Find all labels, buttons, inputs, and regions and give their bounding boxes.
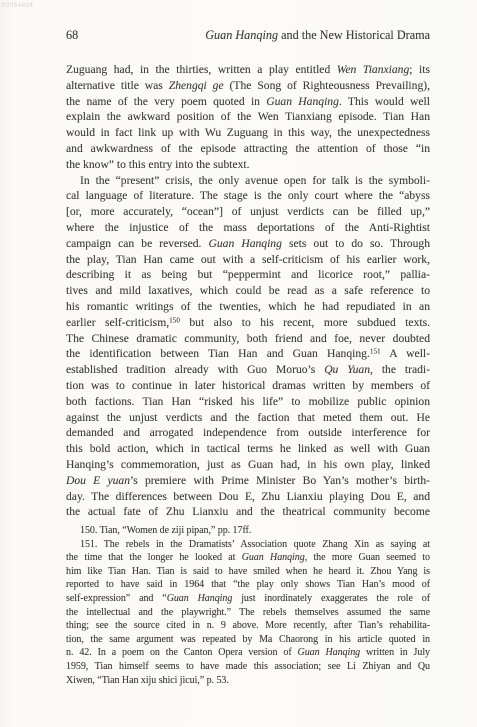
- text-line: earlier self-criticism,150 but also to h…: [66, 315, 430, 331]
- text-segment: him like Tian Han. Tian is said to have …: [66, 566, 430, 577]
- text-segment: against the unjust verdicts and the fact…: [66, 411, 430, 424]
- text-segment: 150. Tian, “Women de ziji pipan,” pp. 17…: [80, 525, 251, 536]
- text-line: 1959, Tian himself seems to have made th…: [66, 660, 430, 674]
- text-column: Zuguang had, in the thirties, written a …: [66, 62, 430, 687]
- text-line: In the “present” crisis, the only avenue…: [66, 173, 430, 189]
- running-title: Guan Hanqing and the New Historical Dram…: [205, 28, 430, 43]
- text-segment: . This would well: [339, 95, 430, 108]
- text-segment: alternative title was: [66, 79, 169, 92]
- text-line: campaign can be reversed. Guan Hanqing s…: [66, 236, 430, 252]
- text-segment: and awkwardness of the episode attractin…: [66, 142, 430, 155]
- text-line: self-expression” and “Guan Hanqing just …: [66, 592, 430, 606]
- text-segment: the name of the very poem quoted in: [66, 95, 266, 108]
- page-number: 68: [66, 28, 78, 43]
- text-segment: ; its: [409, 63, 430, 76]
- text-segment: , the more Guan seemed to: [305, 552, 430, 563]
- text-segment: Guan Hanqing: [167, 593, 233, 604]
- text-segment: the time that the longer he looked at: [66, 552, 242, 563]
- text-line: established tradition already with Guo M…: [66, 362, 430, 378]
- text-segment: Hanqing’s commemoration, just as Guan ha…: [66, 458, 430, 471]
- text-line: describing it as being but “peppermint a…: [66, 267, 430, 283]
- text-line: Hanqing’s commemoration, just as Guan ha…: [66, 457, 430, 473]
- text-segment: self-expression” and “: [66, 593, 167, 604]
- text-line: him like Tian Han. Tian is said to have …: [66, 565, 430, 579]
- text-segment: the know” to this entry into the subtext…: [66, 158, 250, 171]
- text-line: day. The differences between Dou E, Zhu …: [66, 489, 430, 505]
- text-line: 151. The rebels in the Dramatists’ Assoc…: [66, 538, 430, 552]
- text-line: this bold action, which in tactical term…: [66, 441, 430, 457]
- text-segment: tion, the same argument was repeated by …: [66, 634, 430, 645]
- text-segment: the play, Tian Han came out with a self-…: [66, 253, 430, 266]
- text-segment: ’s premiere with Prime Minister Bo Yan’s…: [130, 474, 430, 487]
- text-segment: 151. The rebels in the Dramatists’ Assoc…: [80, 539, 430, 550]
- text-segment: day. The differences between Dou E, Zhu …: [66, 490, 430, 503]
- text-line: would in fact link up with Wu Zuguang in…: [66, 125, 430, 141]
- text-line: the play, Tian Han came out with a self-…: [66, 252, 430, 268]
- text-line: The Chinese dramatic community, both fri…: [66, 331, 430, 347]
- text-segment: earlier self-criticism,: [66, 316, 169, 329]
- text-line: the identification between Tian Han and …: [66, 346, 430, 362]
- text-line: [or, more accurately, “ocean”] of unjust…: [66, 204, 430, 220]
- text-line: the actual fate of Zhu Lianxiu and the t…: [66, 504, 430, 520]
- running-header: 68 Guan Hanqing and the New Historical D…: [66, 28, 430, 43]
- footnotes: 150. Tian, “Women de ziji pipan,” pp. 17…: [66, 524, 430, 687]
- text-segment: both factions. Tian Han “risked his life…: [66, 395, 430, 408]
- text-segment: would in fact link up with Wu Zuguang in…: [66, 126, 430, 139]
- text-segment: The Chinese dramatic community, both fri…: [66, 332, 430, 345]
- text-line: reported to have said in 1964 that “the …: [66, 578, 430, 592]
- text-line: 150. Tian, “Women de ziji pipan,” pp. 17…: [66, 524, 430, 538]
- text-segment: A well-: [381, 347, 430, 360]
- text-segment: demanded and arrogated independence from…: [66, 426, 430, 439]
- text-line: against the unjust verdicts and the fact…: [66, 410, 430, 426]
- text-segment: but also to his recent, more subdued tex…: [180, 316, 430, 329]
- text-segment: campaign can be reversed.: [66, 237, 209, 250]
- text-segment: Guan Hanqing: [266, 95, 339, 108]
- text-segment: the intellectual and the playwright.” Th…: [66, 607, 430, 618]
- text-line: the intellectual and the playwright.” Th…: [66, 606, 430, 620]
- text-line: cal language of literature. The stage is…: [66, 188, 430, 204]
- text-line: tion, the same argument was repeated by …: [66, 633, 430, 647]
- text-segment: thing; see the source cited in n. 9 abov…: [66, 620, 430, 631]
- text-segment: where the injustice of the mass deportat…: [66, 221, 430, 234]
- text-segment: Zuguang had, in the thirties, written a …: [66, 63, 337, 76]
- text-segment: describing it as being but “peppermint a…: [66, 268, 430, 281]
- text-line: Dou E yuan’s premiere with Prime Ministe…: [66, 473, 430, 489]
- text-segment: explain the awkward position of the Wen …: [66, 110, 430, 123]
- text-segment: reported to have said in 1964 that “the …: [66, 579, 430, 590]
- text-segment: cal language of literature. The stage is…: [66, 189, 430, 202]
- text-line: demanded and arrogated independence from…: [66, 425, 430, 441]
- running-title-italic: Guan Hanqing: [205, 28, 278, 42]
- text-line: thing; see the source cited in n. 9 abov…: [66, 619, 430, 633]
- text-segment: (The Song of Righteousness Prevailing),: [224, 79, 430, 92]
- text-line: tives and mild laxatives, which could be…: [66, 283, 430, 299]
- text-segment: written in July: [360, 647, 430, 658]
- text-segment: the identification between Tian Han and …: [66, 347, 370, 360]
- text-segment: just inordinately exaggerates the role o…: [232, 593, 430, 604]
- text-segment: In the “present” crisis, the only avenue…: [80, 174, 430, 187]
- text-line: the time that the longer he looked at Gu…: [66, 551, 430, 565]
- text-segment: Guan Hanqing: [209, 237, 282, 250]
- text-segment: Guan Hanqing: [298, 647, 361, 658]
- footnote-reference: 151: [370, 348, 381, 356]
- text-segment: the actual fate of Zhu Lianxiu and the t…: [66, 505, 430, 518]
- text-segment: Xiwen, “Tian Han xiju shici jicui,” p. 5…: [66, 675, 229, 686]
- text-line: where the injustice of the mass deportat…: [66, 220, 430, 236]
- footnote-reference: 150: [169, 316, 180, 324]
- text-segment: , the tradi-: [370, 363, 430, 376]
- text-segment: sets out to do so. Through: [282, 237, 430, 250]
- text-line: Zuguang had, in the thirties, written a …: [66, 62, 430, 78]
- text-line: explain the awkward position of the Wen …: [66, 109, 430, 125]
- text-line: Xiwen, “Tian Han xiju shici jicui,” p. 5…: [66, 674, 430, 688]
- text-segment: Guan Hanqing: [242, 552, 305, 563]
- text-segment: his romantic writings of the twenties, w…: [66, 300, 430, 313]
- text-segment: this bold action, which in tactical term…: [66, 442, 430, 455]
- text-segment: Wen Tianxiang: [337, 63, 409, 76]
- running-title-rest: and the New Historical Drama: [278, 28, 430, 42]
- text-line: n. 42. In a poem on the Canton Opera ver…: [66, 646, 430, 660]
- text-line: both factions. Tian Han “risked his life…: [66, 394, 430, 410]
- text-line: the name of the very poem quoted in Guan…: [66, 94, 430, 110]
- text-line: the know” to this entry into the subtext…: [66, 157, 430, 173]
- text-segment: n. 42. In a poem on the Canton Opera ver…: [66, 647, 298, 658]
- text-segment: 1959, Tian himself seems to have made th…: [66, 661, 430, 672]
- text-segment: Dou E yuan: [66, 474, 130, 487]
- text-segment: established tradition already with Guo M…: [66, 363, 324, 376]
- text-segment: [or, more accurately, “ocean”] of unjust…: [66, 205, 430, 218]
- text-segment: Qu Yuan: [324, 363, 370, 376]
- text-segment: tives and mild laxatives, which could be…: [66, 284, 430, 297]
- book-page: 00054804 68 Guan Hanqing and the New His…: [0, 0, 477, 727]
- text-line: tion was to continue in later historical…: [66, 378, 430, 394]
- text-line: and awkwardness of the episode attractin…: [66, 141, 430, 157]
- body-text: Zuguang had, in the thirties, written a …: [66, 62, 430, 520]
- text-line: his romantic writings of the twenties, w…: [66, 299, 430, 315]
- text-segment: tion was to continue in later historical…: [66, 379, 430, 392]
- text-line: alternative title was Zhengqi ge (The So…: [66, 78, 430, 94]
- scan-id-watermark: 00054804: [2, 3, 34, 9]
- text-segment: Zhengqi ge: [169, 79, 224, 92]
